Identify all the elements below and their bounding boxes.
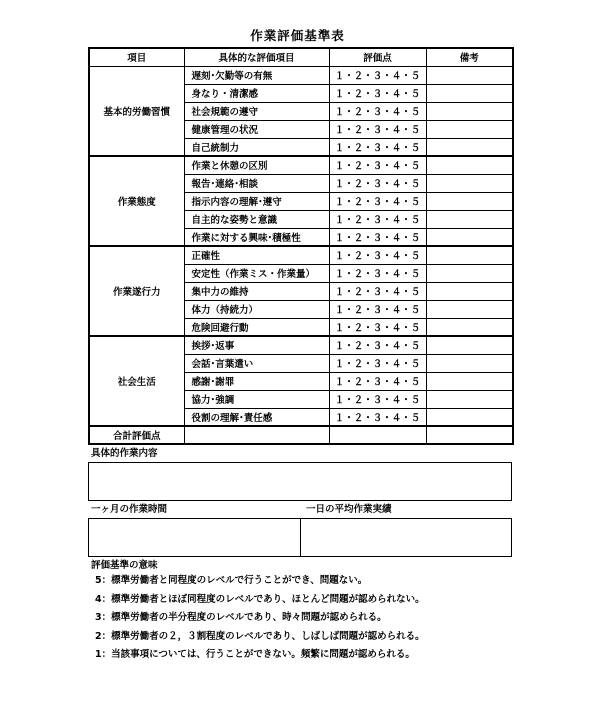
criteria-line: 5：標準労働者と同程度のレベルで行うことができ、問題ない。 bbox=[95, 572, 565, 591]
col-header-item-category: 項目 bbox=[89, 48, 184, 66]
evaluation-item-cell: 体力（持続力） bbox=[184, 300, 329, 318]
score-scale-cell: １・２・３・４・５ bbox=[329, 390, 426, 408]
total-score-row: 合計評価点 bbox=[89, 426, 513, 444]
document-page: { "page": { "title": "作業評価基準表", "backgro… bbox=[0, 0, 595, 703]
total-score-label-cell: 合計評価点 bbox=[89, 426, 184, 444]
remarks-cell bbox=[426, 372, 513, 390]
remarks-cell bbox=[426, 246, 513, 264]
evaluation-item-cell: 自己統制力 bbox=[184, 138, 329, 156]
page-title: 作業評価基準表 bbox=[0, 26, 595, 44]
evaluation-item-cell: 自主的な姿勢と意識 bbox=[184, 210, 329, 228]
remarks-cell bbox=[426, 102, 513, 120]
criteria-line: 1：当該事項については、行うことができない。頻繁に問題が認められる。 bbox=[95, 646, 565, 665]
col-header-score: 評価点 bbox=[329, 48, 426, 66]
evaluation-item-cell: 集中力の維持 bbox=[184, 282, 329, 300]
evaluation-item-cell: 役割の理解･責任感 bbox=[184, 408, 329, 426]
score-scale-cell: １・２・３・４・５ bbox=[329, 300, 426, 318]
remarks-cell bbox=[426, 390, 513, 408]
evaluation-item-cell: 健康管理の状況 bbox=[184, 120, 329, 138]
evaluation-row: 作業遂行力正確性１・２・３・４・５ bbox=[89, 246, 513, 264]
score-scale-cell: １・２・３・４・５ bbox=[329, 138, 426, 156]
evaluation-item-cell: 遅刻･欠勤等の有無 bbox=[184, 66, 329, 84]
evaluation-item-cell: 社会規範の遵守 bbox=[184, 102, 329, 120]
remarks-cell bbox=[426, 84, 513, 102]
evaluation-item-cell: 身なり・清潔感 bbox=[184, 84, 329, 102]
evaluation-item-cell: 会話･言葉遣い bbox=[184, 354, 329, 372]
monthly-hours-label: 一ヶ月の作業時間 bbox=[91, 504, 167, 516]
remarks-cell bbox=[426, 282, 513, 300]
work-content-label: 具体的作業内容 bbox=[91, 448, 158, 460]
remarks-cell bbox=[426, 408, 513, 426]
daily-average-label: 一日の平均作業実績 bbox=[306, 504, 392, 516]
remarks-cell bbox=[426, 156, 513, 174]
remarks-cell bbox=[426, 138, 513, 156]
score-scale-cell: １・２・３・４・５ bbox=[329, 66, 426, 84]
remarks-cell bbox=[426, 264, 513, 282]
evaluation-item-cell: 協力･強調 bbox=[184, 390, 329, 408]
work-content-box bbox=[88, 462, 512, 501]
remarks-cell bbox=[426, 300, 513, 318]
score-scale-cell: １・２・３・４・５ bbox=[329, 282, 426, 300]
score-scale-cell: １・２・３・４・５ bbox=[329, 84, 426, 102]
total-remarks-cell bbox=[426, 426, 513, 444]
remarks-cell bbox=[426, 174, 513, 192]
remarks-cell bbox=[426, 228, 513, 246]
evaluation-item-cell: 危険回避行動 bbox=[184, 318, 329, 336]
remarks-cell bbox=[426, 120, 513, 138]
remarks-cell bbox=[426, 318, 513, 336]
evaluation-item-cell: 報告･連絡･相談 bbox=[184, 174, 329, 192]
evaluation-item-cell: 安定性（作業ミス・作業量） bbox=[184, 264, 329, 282]
score-scale-cell: １・２・３・４・５ bbox=[329, 264, 426, 282]
score-scale-cell: １・２・３・４・５ bbox=[329, 354, 426, 372]
score-scale-cell: １・２・３・４・５ bbox=[329, 228, 426, 246]
score-scale-cell: １・２・３・４・５ bbox=[329, 318, 426, 336]
header-row: 項目 具体的な評価項目 評価点 備考 bbox=[89, 48, 513, 66]
total-score-value-cell bbox=[329, 426, 426, 444]
evaluation-item-cell: 指示内容の理解･遵守 bbox=[184, 192, 329, 210]
evaluation-item-cell: 作業と休憩の区別 bbox=[184, 156, 329, 174]
score-scale-cell: １・２・３・４・５ bbox=[329, 210, 426, 228]
criteria-line: 2：標準労働者の２，３割程度のレベルであり、しばしば問題が認められる。 bbox=[95, 628, 565, 647]
criteria-title: 評価基準の意味 bbox=[91, 560, 158, 572]
score-scale-cell: １・２・３・４・５ bbox=[329, 120, 426, 138]
evaluation-item-cell: 作業に対する興味･積極性 bbox=[184, 228, 329, 246]
remarks-cell bbox=[426, 336, 513, 354]
score-scale-cell: １・２・３・４・５ bbox=[329, 408, 426, 426]
daily-average-box bbox=[300, 519, 511, 556]
hours-results-box bbox=[88, 518, 512, 557]
score-scale-cell: １・２・３・４・５ bbox=[329, 336, 426, 354]
category-cell: 作業態度 bbox=[89, 156, 184, 246]
score-scale-cell: １・２・３・４・５ bbox=[329, 102, 426, 120]
evaluation-row: 作業態度作業と休憩の区別１・２・３・４・５ bbox=[89, 156, 513, 174]
monthly-hours-box bbox=[89, 519, 300, 556]
evaluation-item-cell: 正確性 bbox=[184, 246, 329, 264]
remarks-cell bbox=[426, 354, 513, 372]
criteria-line: 4：標準労働者とほぼ同程度のレベルであり、ほとんど問題が認められない。 bbox=[95, 591, 565, 610]
category-cell: 基本的労働習慣 bbox=[89, 66, 184, 156]
score-scale-cell: １・２・３・４・５ bbox=[329, 246, 426, 264]
remarks-cell bbox=[426, 66, 513, 84]
evaluation-row: 社会生活挨拶･返事１・２・３・４・５ bbox=[89, 336, 513, 354]
score-scale-cell: １・２・３・４・５ bbox=[329, 372, 426, 390]
evaluation-row: 基本的労働習慣遅刻･欠勤等の有無１・２・３・４・５ bbox=[89, 66, 513, 84]
col-header-remarks: 備考 bbox=[426, 48, 513, 66]
category-cell: 作業遂行力 bbox=[89, 246, 184, 336]
evaluation-item-cell: 挨拶･返事 bbox=[184, 336, 329, 354]
remarks-cell bbox=[426, 210, 513, 228]
criteria-list: 5：標準労働者と同程度のレベルで行うことができ、問題ない。4：標準労働者とほぼ同… bbox=[95, 572, 565, 665]
remarks-cell bbox=[426, 192, 513, 210]
category-cell: 社会生活 bbox=[89, 336, 184, 426]
score-scale-cell: １・２・３・４・５ bbox=[329, 156, 426, 174]
score-scale-cell: １・２・３・４・５ bbox=[329, 192, 426, 210]
col-header-specific-item: 具体的な評価項目 bbox=[184, 48, 329, 66]
evaluation-table: 項目 具体的な評価項目 評価点 備考 基本的労働習慣遅刻･欠勤等の有無１・２・３… bbox=[88, 47, 514, 445]
score-scale-cell: １・２・３・４・５ bbox=[329, 174, 426, 192]
total-empty-cell bbox=[184, 426, 329, 444]
evaluation-item-cell: 感謝･謝罪 bbox=[184, 372, 329, 390]
criteria-line: 3：標準労働者の半分程度のレベルであり、時々問題が認められる。 bbox=[95, 609, 565, 628]
